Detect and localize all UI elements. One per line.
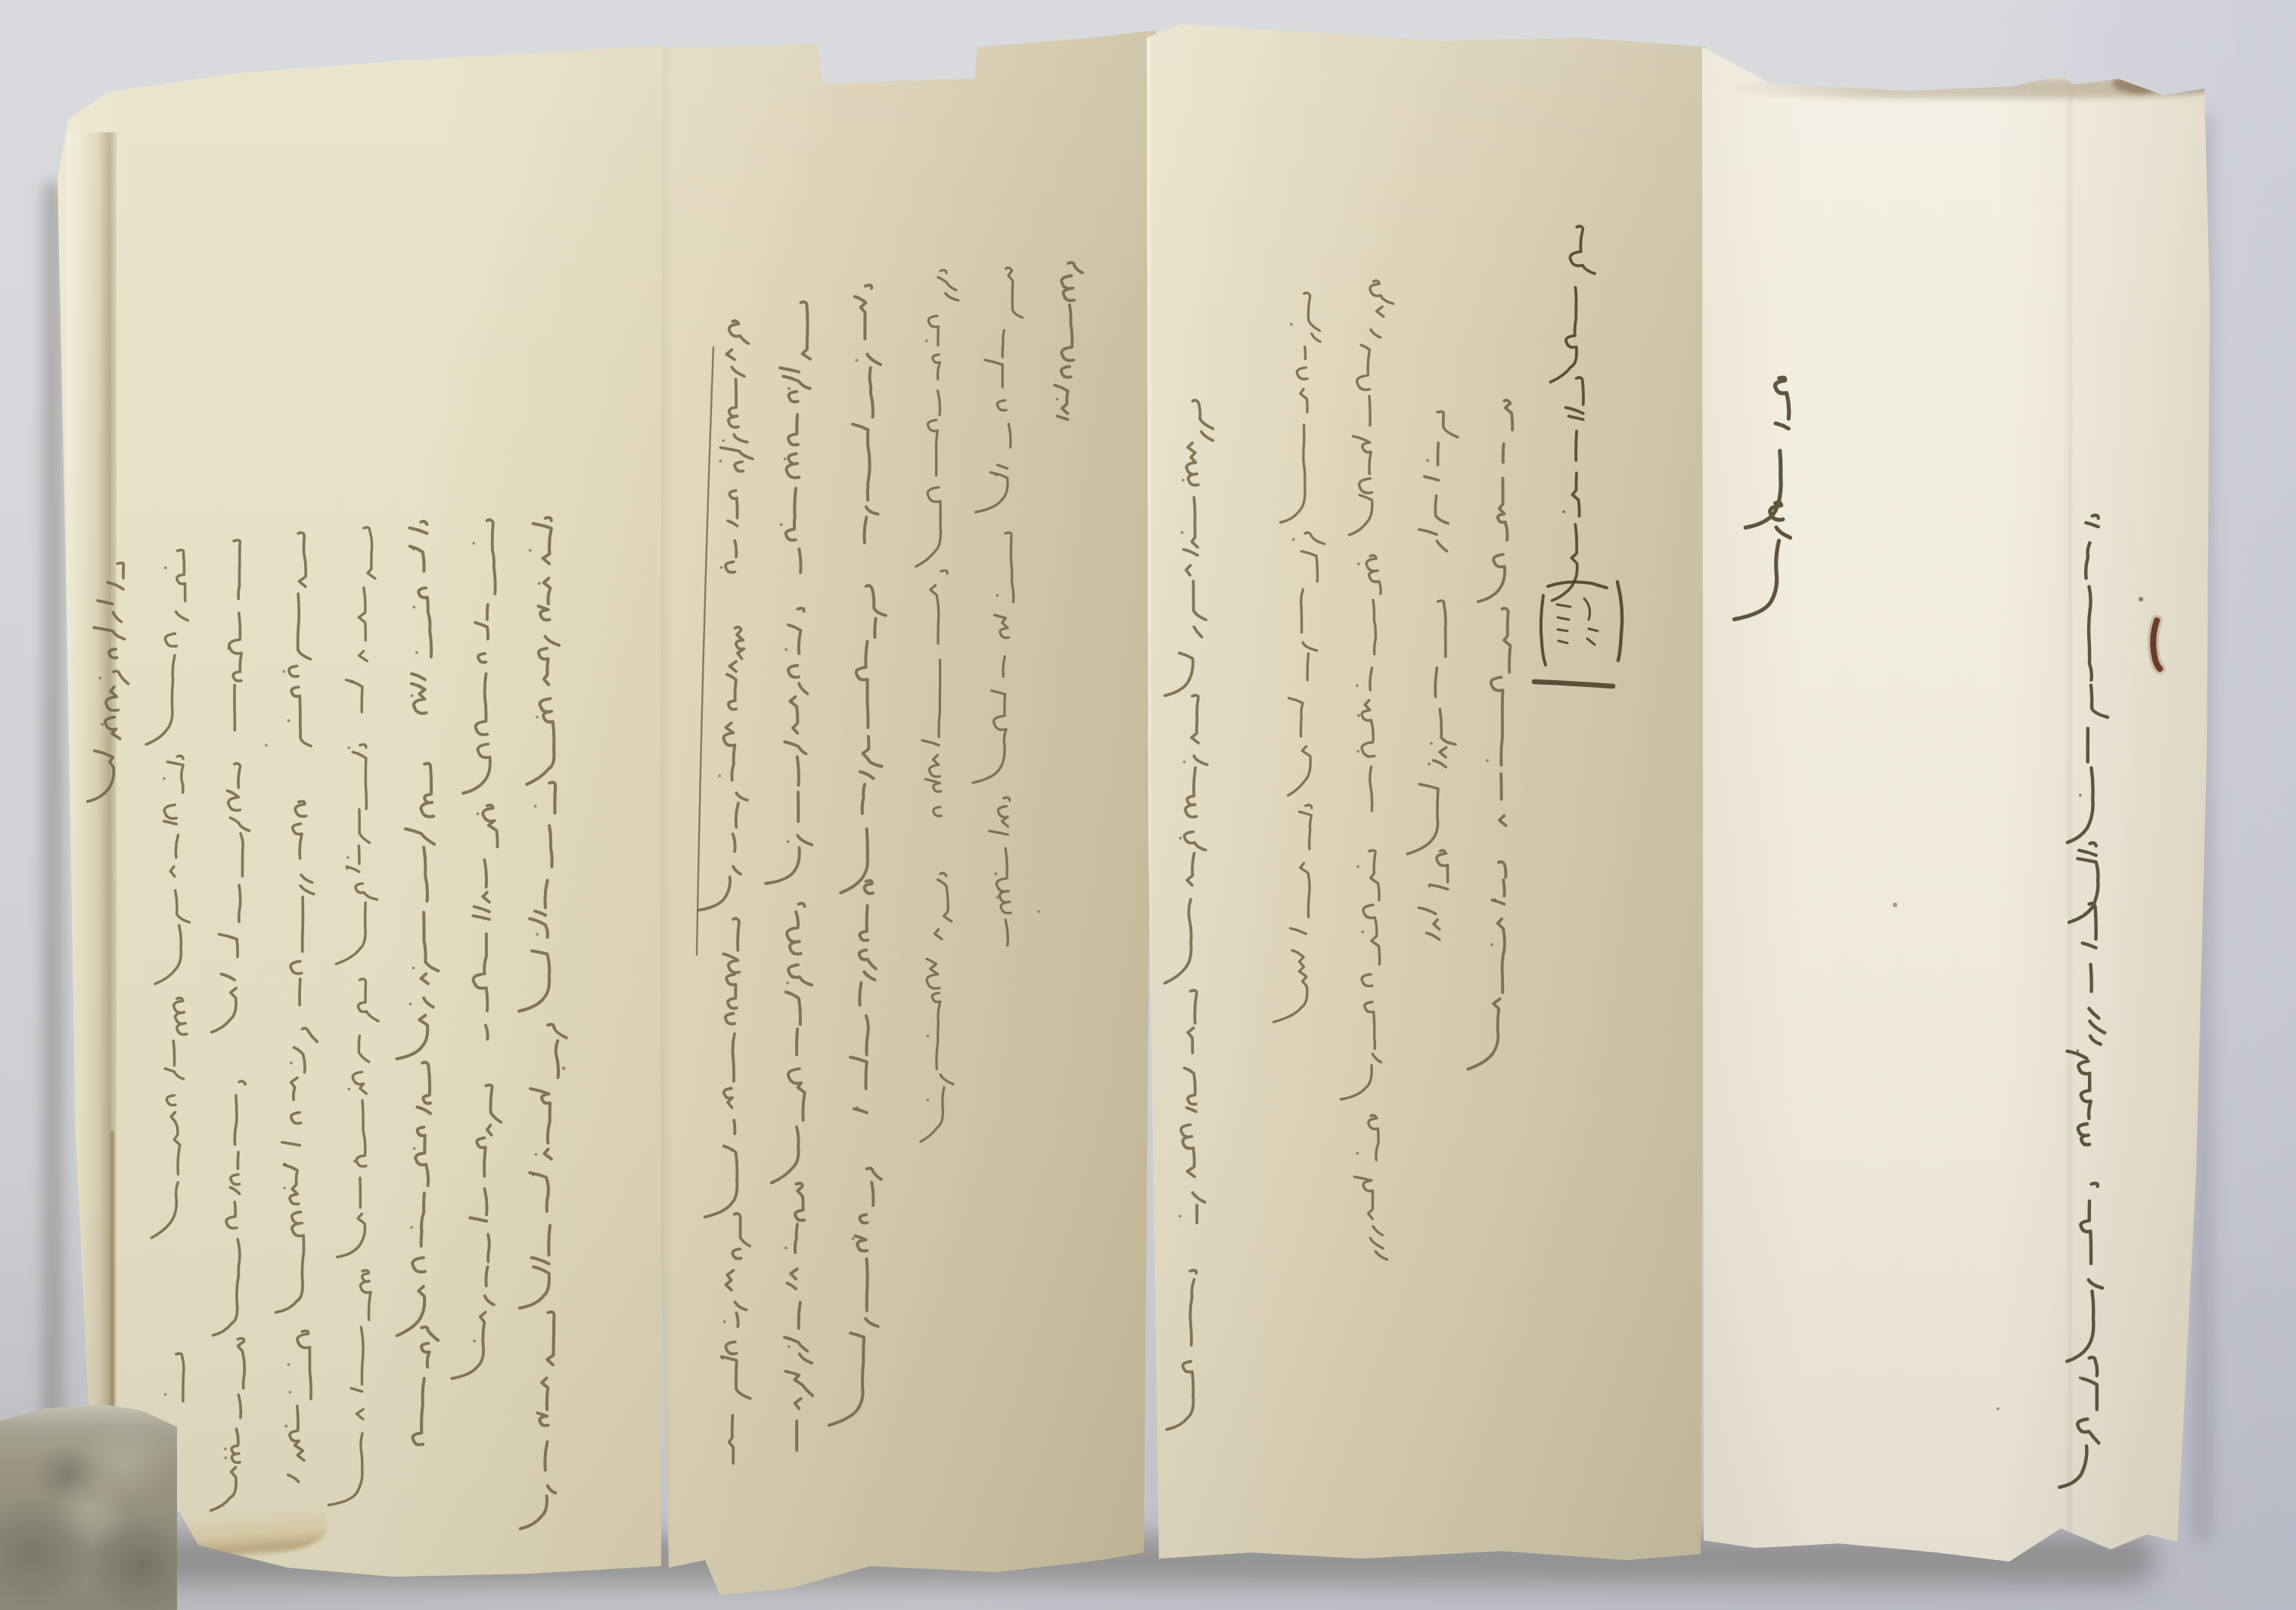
fold-crease: [2067, 89, 2072, 1549]
manuscript-panel-1: [54, 42, 669, 1589]
cast-shadow-left: [42, 182, 64, 1490]
manuscript-panel-3: [1139, 20, 1713, 1565]
manuscript-panel-4: [1698, 36, 2215, 1569]
photograph: [0, 0, 2296, 1610]
stone-paperweight: [0, 1404, 177, 1610]
manuscript-panel-2: [651, 23, 1165, 1600]
